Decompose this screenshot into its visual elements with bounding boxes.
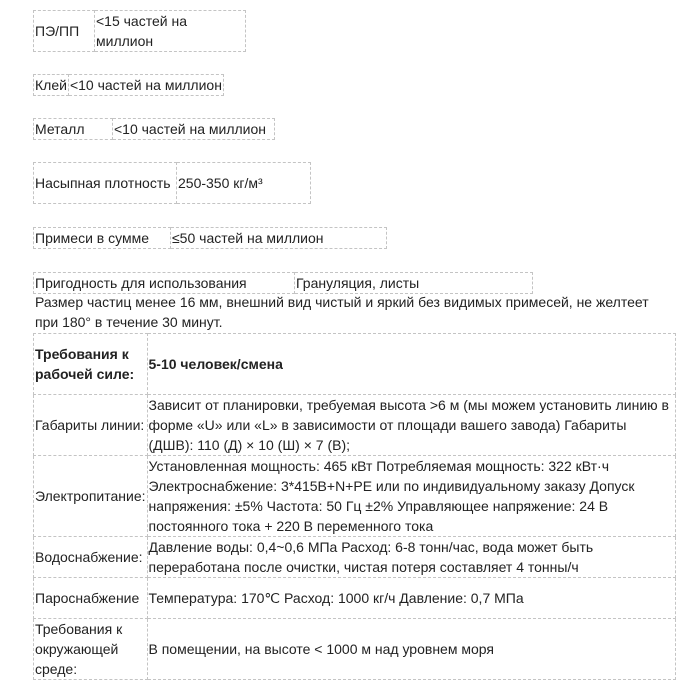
requirement-label: Требования к окружающей среде: xyxy=(34,619,148,680)
requirements-row: Габариты линии: Зависит от планировки, т… xyxy=(34,395,676,456)
requirement-label: Электропитание: xyxy=(34,456,148,537)
particle-size-note: Размер частиц менее 16 мм, внешний вид ч… xyxy=(35,292,675,332)
spec-value: Грануляция, листы xyxy=(295,273,533,294)
spec-label: ПЭ/ПП xyxy=(34,11,95,52)
requirement-value: Зависит от планировки, требуемая высота … xyxy=(147,395,676,456)
requirement-label: Габариты линии: xyxy=(34,395,148,456)
spec-label: Пригодность для использования xyxy=(34,273,295,294)
spec-label: Насыпная плотность xyxy=(34,163,177,204)
requirements-row: Требования к рабочей силе: 5-10 человек/… xyxy=(34,334,676,395)
spec-value: <15 частей на миллион xyxy=(95,11,246,52)
spec-table-glue: Клей <10 частей на миллион xyxy=(33,74,224,96)
requirement-value: В помещении, на высоте < 1000 м над уров… xyxy=(147,619,676,680)
requirement-value: Установленная мощность: 465 кВт Потребля… xyxy=(147,456,676,537)
spec-table-bulk-density: Насыпная плотность 250-350 кг/м³ xyxy=(33,162,311,204)
requirement-label: Водоснабжение: xyxy=(34,537,148,578)
requirement-value: Температура: 170℃ Расход: 1000 кг/ч Давл… xyxy=(147,578,676,619)
requirements-row: Водоснабжение: Давление воды: 0,4~0,6 МП… xyxy=(34,537,676,578)
spec-value: <10 частей на миллион xyxy=(113,119,275,140)
requirement-label: Требования к рабочей силе: xyxy=(34,334,148,395)
spec-table-metal: Металл <10 частей на миллион xyxy=(33,118,275,140)
requirements-row: Пароснабжение Температура: 170℃ Расход: … xyxy=(34,578,676,619)
spec-label: Примеси в сумме xyxy=(34,228,171,249)
spec-table-total-impurities: Примеси в сумме ≤50 частей на миллион xyxy=(33,227,387,249)
requirement-label: Пароснабжение xyxy=(34,578,148,619)
requirements-row: Требования к окружающей среде: В помещен… xyxy=(34,619,676,680)
spec-value: <10 частей на миллион xyxy=(68,75,223,96)
spec-table-pe-pp: ПЭ/ПП <15 частей на миллион xyxy=(33,10,246,52)
spec-value: 250-350 кг/м³ xyxy=(177,163,311,204)
spec-label: Металл xyxy=(34,119,113,140)
requirements-table: Требования к рабочей силе: 5-10 человек/… xyxy=(33,333,676,680)
requirement-value: Давление воды: 0,4~0,6 МПа Расход: 6-8 т… xyxy=(147,537,676,578)
spec-label: Клей xyxy=(34,75,69,96)
requirement-value: 5-10 человек/смена xyxy=(147,334,676,395)
spec-table-usability: Пригодность для использования Грануляция… xyxy=(33,272,533,294)
spec-value: ≤50 частей на миллион xyxy=(171,228,387,249)
requirements-row: Электропитание: Установленная мощность: … xyxy=(34,456,676,537)
